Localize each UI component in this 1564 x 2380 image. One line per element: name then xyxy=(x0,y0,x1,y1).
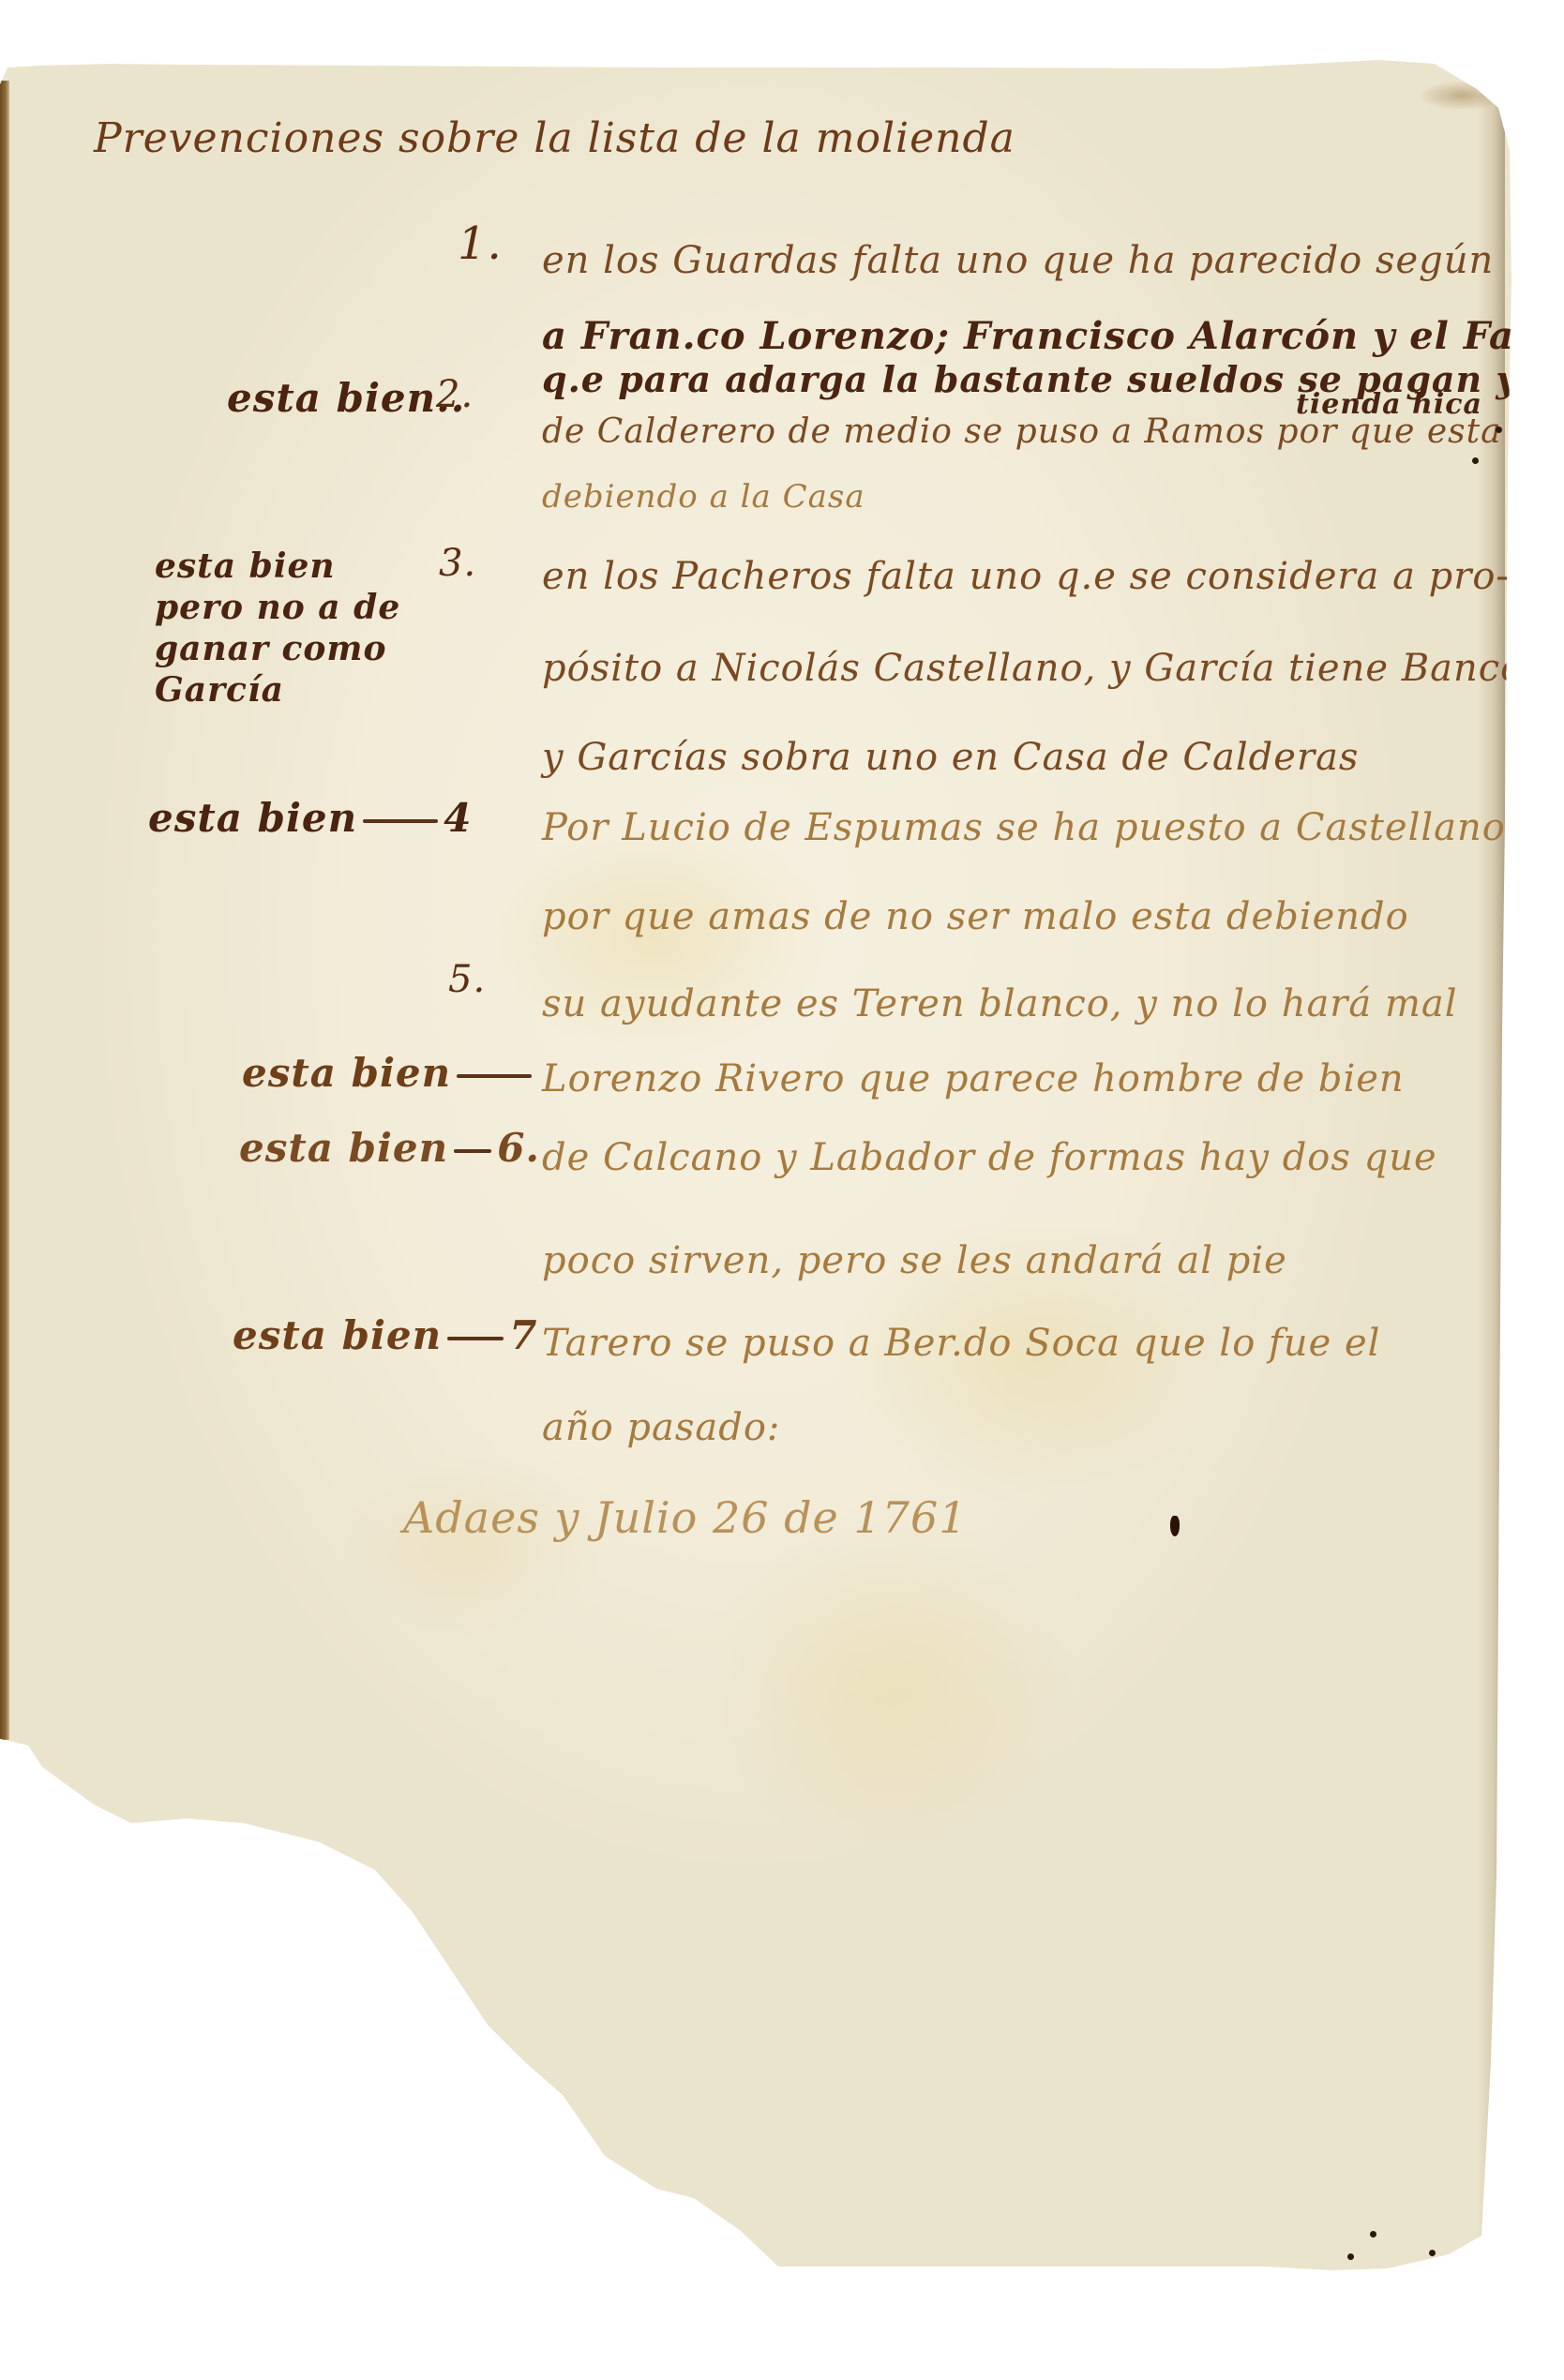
margin-note-2: esta bien.. xyxy=(227,375,465,421)
margin-note-7: esta bien7 xyxy=(233,1312,537,1358)
wormhole xyxy=(1429,2250,1436,2256)
item-7-line-1: Tarero se puso a Ber.do Soca que lo fue … xyxy=(542,1322,1380,1365)
margin-note-6-text: esta bien xyxy=(239,1125,448,1171)
dash-rule xyxy=(457,1074,532,1078)
dash-rule xyxy=(454,1149,491,1153)
item-6-line-1: de Calcano y Labador de formas hay dos q… xyxy=(542,1136,1437,1179)
ink-blot xyxy=(1170,1516,1180,1536)
wormhole xyxy=(1472,457,1479,464)
dash-rule xyxy=(447,1337,504,1340)
item-7-line-2: año pasado: xyxy=(542,1406,780,1449)
wormhole xyxy=(1370,2231,1376,2238)
item-number-1: 1. xyxy=(458,217,503,270)
item-2-line-3: debiendo a la Casa xyxy=(542,478,865,516)
dash-rule xyxy=(363,819,438,823)
margin-note-4-text: esta bien xyxy=(148,795,357,841)
wormhole xyxy=(1347,2253,1354,2260)
item-number-7: 7 xyxy=(509,1312,537,1358)
margin-note-2-text: esta bien.. xyxy=(227,375,465,421)
item-4-line-1: Por Lucio de Espumas se ha puesto a Cast… xyxy=(542,806,1506,849)
margin-note-5-text: esta bien xyxy=(242,1050,451,1096)
place-and-date: Adaes y Julio 26 de 1761 xyxy=(403,1492,967,1543)
margin-note-7-text: esta bien xyxy=(233,1312,442,1358)
document-title: Prevenciones sobre la lista de la molien… xyxy=(94,114,1015,162)
item-3-line-3: y Garcías sobra uno en Casa de Calderas xyxy=(542,736,1359,779)
item-6-line-2: poco sirven, pero se les andará al pie xyxy=(542,1239,1287,1282)
item-number-2: 2. xyxy=(436,373,474,416)
item-number-4: 4 xyxy=(444,795,472,841)
item-3-line-2: pósito a Nicolás Castellano, y García ti… xyxy=(542,647,1524,690)
item-5-line-2: Lorenzo Rivero que parece hombre de bien xyxy=(542,1057,1405,1100)
manuscript-page: Prevenciones sobre la lista de la molien… xyxy=(0,0,1564,2380)
item-4-line-2: por que amas de no ser malo esta debiend… xyxy=(542,895,1409,938)
item-number-5: 5. xyxy=(448,958,486,1001)
margin-note-6: esta bien6. xyxy=(239,1125,540,1171)
item-3-line-1: en los Pacheros falta uno q.e se conside… xyxy=(542,555,1510,598)
wormhole xyxy=(1496,427,1502,433)
margin-note-4: esta bien4 xyxy=(148,795,472,841)
item-1-line-2: a Fran.co Lorenzo; Francisco Alarcón y e… xyxy=(542,314,1564,358)
margin-note-5: esta bien xyxy=(242,1050,537,1096)
folded-corner xyxy=(1406,67,1500,124)
item-5-line-1: su ayudante es Teren blanco, y no lo har… xyxy=(542,982,1458,1025)
margin-note-3: esta bien pero no a de ganar como García xyxy=(155,546,436,711)
item-number-6: 6. xyxy=(497,1125,540,1171)
item-1-line-1: en los Guardas falta uno que ha parecido… xyxy=(542,239,1494,282)
item-2-line-2: de Calderero de medio se puso a Ramos po… xyxy=(542,412,1502,451)
item-number-3: 3. xyxy=(439,542,476,585)
binding-edge xyxy=(0,81,9,1740)
